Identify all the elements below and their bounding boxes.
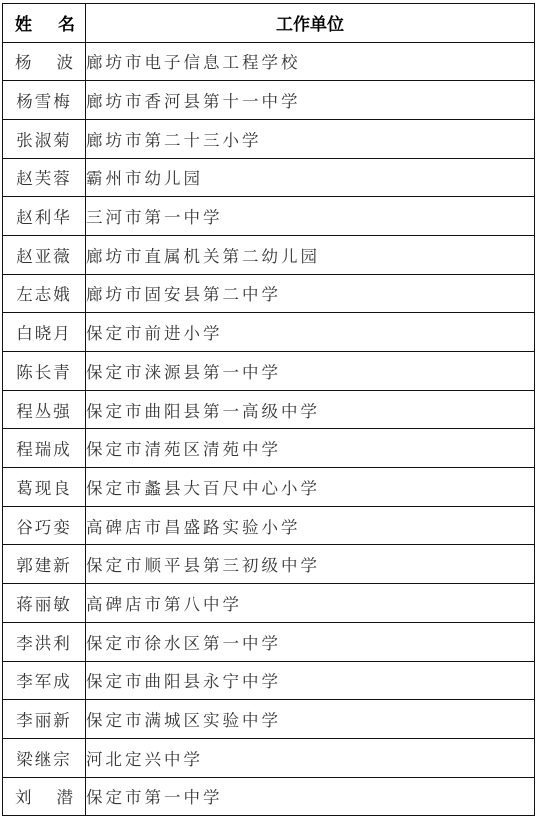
work-unit: 保定市顺平县第三初级中学: [86, 545, 535, 584]
table-row: 陈长青保定市涞源县第一中学: [3, 352, 535, 391]
person-name: 蒋丽敏: [3, 584, 86, 623]
work-unit: 保定市第一中学: [86, 777, 535, 816]
table-row: 李洪利保定市徐水区第一中学: [3, 622, 535, 661]
work-unit: 廊坊市固安县第二中学: [86, 274, 535, 313]
table-row: 赵利华三河市第一中学: [3, 197, 535, 236]
work-unit: 保定市蠡县大百尺中心小学: [86, 468, 535, 507]
table-row: 李军成保定市曲阳县永宁中学: [3, 661, 535, 700]
table-body: 杨波廊坊市电子信息工程学校杨雪梅廊坊市香河县第十一中学张淑菊廊坊市第二十三小学赵…: [3, 42, 535, 816]
person-name: 杨波: [3, 42, 86, 81]
work-unit: 高碑店市昌盛路实验小学: [86, 506, 535, 545]
table-row: 郭建新保定市顺平县第三初级中学: [3, 545, 535, 584]
person-name: 张淑菊: [3, 119, 86, 158]
header-name: 姓 名: [3, 4, 86, 43]
work-unit: 廊坊市香河县第十一中学: [86, 81, 535, 120]
table-row: 左志娥廊坊市固安县第二中学: [3, 274, 535, 313]
person-name: 李洪利: [3, 622, 86, 661]
work-unit: 廊坊市第二十三小学: [86, 119, 535, 158]
work-unit: 廊坊市直属机关第二幼儿园: [86, 235, 535, 274]
table-row: 杨雪梅廊坊市香河县第十一中学: [3, 81, 535, 120]
work-unit: 保定市满城区实验中学: [86, 700, 535, 739]
person-name: 程瑞成: [3, 429, 86, 468]
work-unit: 保定市曲阳县第一高级中学: [86, 390, 535, 429]
table-row: 谷巧娈高碑店市昌盛路实验小学: [3, 506, 535, 545]
person-name: 李军成: [3, 661, 86, 700]
header-name-char-2: 名: [58, 10, 75, 35]
table-row: 程瑞成保定市清苑区清苑中学: [3, 429, 535, 468]
work-unit: 廊坊市电子信息工程学校: [86, 42, 535, 81]
person-name: 赵亚薇: [3, 235, 86, 274]
person-name: 郭建新: [3, 545, 86, 584]
table-row: 蒋丽敏高碑店市第八中学: [3, 584, 535, 623]
work-unit: 霸州市幼儿园: [86, 158, 535, 197]
table-row: 梁继宗河北定兴中学: [3, 738, 535, 777]
table-row: 张淑菊廊坊市第二十三小学: [3, 119, 535, 158]
person-name-char: 杨: [15, 49, 34, 73]
header-unit: 工作单位: [86, 4, 535, 43]
person-name: 左志娥: [3, 274, 86, 313]
person-name: 刘潜: [3, 777, 86, 816]
work-unit: 河北定兴中学: [86, 738, 535, 777]
work-unit: 高碑店市第八中学: [86, 584, 535, 623]
work-unit: 保定市前进小学: [86, 313, 535, 352]
table-row: 赵芙蓉霸州市幼儿园: [3, 158, 535, 197]
person-name: 陈长青: [3, 352, 86, 391]
table-row: 白晓月保定市前进小学: [3, 313, 535, 352]
table-row: 葛现良保定市蠡县大百尺中心小学: [3, 468, 535, 507]
person-name: 梁继宗: [3, 738, 86, 777]
work-unit: 保定市涞源县第一中学: [86, 352, 535, 391]
table-row: 赵亚薇廊坊市直属机关第二幼儿园: [3, 235, 535, 274]
person-name: 李丽新: [3, 700, 86, 739]
work-unit: 三河市第一中学: [86, 197, 535, 236]
person-name: 赵芙蓉: [3, 158, 86, 197]
work-unit: 保定市清苑区清苑中学: [86, 429, 535, 468]
work-unit: 保定市徐水区第一中学: [86, 622, 535, 661]
person-name: 葛现良: [3, 468, 86, 507]
table-row: 杨波廊坊市电子信息工程学校: [3, 42, 535, 81]
table-row: 刘潜保定市第一中学: [3, 777, 535, 816]
person-name: 杨雪梅: [3, 81, 86, 120]
person-name: 白晓月: [3, 313, 86, 352]
person-name-char: 波: [57, 49, 76, 73]
person-name: 赵利华: [3, 197, 86, 236]
person-name: 程丛强: [3, 390, 86, 429]
table-row: 程丛强保定市曲阳县第一高级中学: [3, 390, 535, 429]
table-row: 李丽新保定市满城区实验中学: [3, 700, 535, 739]
staff-roster-table: 姓 名 工作单位 杨波廊坊市电子信息工程学校杨雪梅廊坊市香河县第十一中学张淑菊廊…: [2, 3, 535, 816]
work-unit: 保定市曲阳县永宁中学: [86, 661, 535, 700]
header-name-char-1: 姓: [15, 10, 32, 35]
person-name-char: 潜: [57, 784, 76, 808]
header-row: 姓 名 工作单位: [3, 4, 535, 43]
person-name: 谷巧娈: [3, 506, 86, 545]
person-name-char: 刘: [15, 784, 34, 808]
